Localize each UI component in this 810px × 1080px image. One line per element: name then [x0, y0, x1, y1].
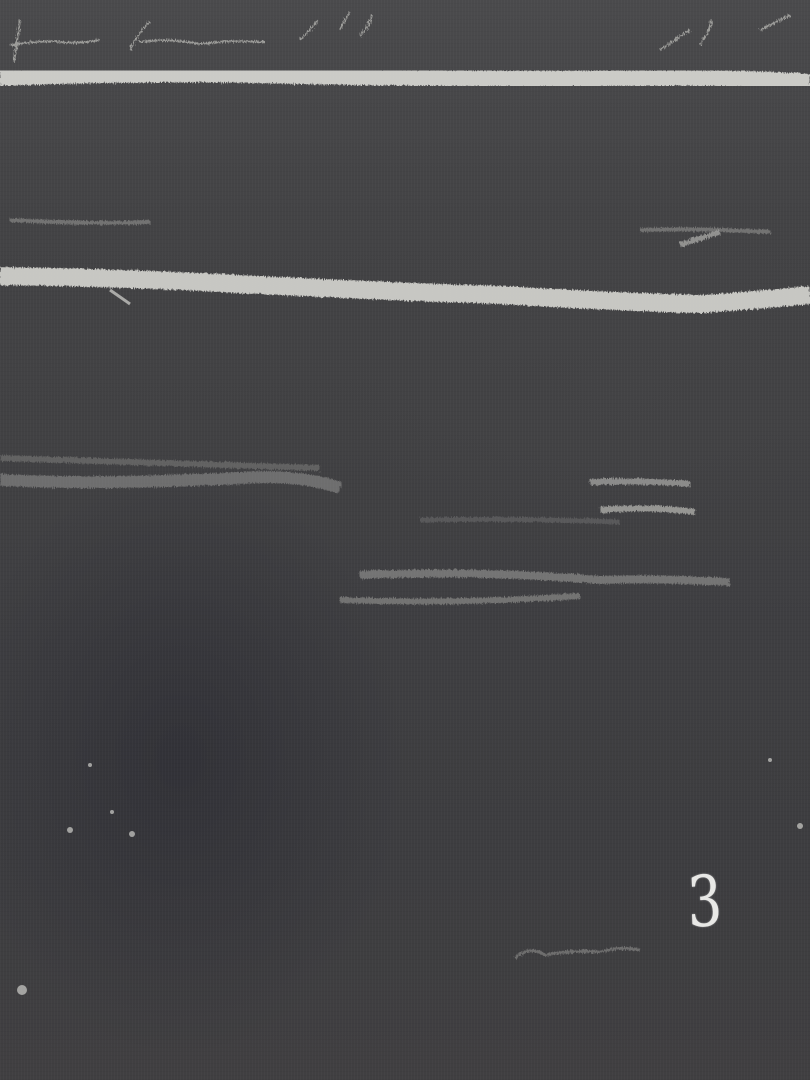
faint-scribble-bottom [515, 948, 640, 958]
top-handwriting [10, 12, 790, 62]
chalkboard-image: 3 [0, 0, 810, 1080]
page-number: 3 [686, 866, 724, 938]
chalk-specks [17, 758, 803, 995]
chalk-line-top [0, 74, 810, 82]
faint-streaks-upper [10, 220, 770, 245]
smudged-streaks [0, 458, 730, 601]
